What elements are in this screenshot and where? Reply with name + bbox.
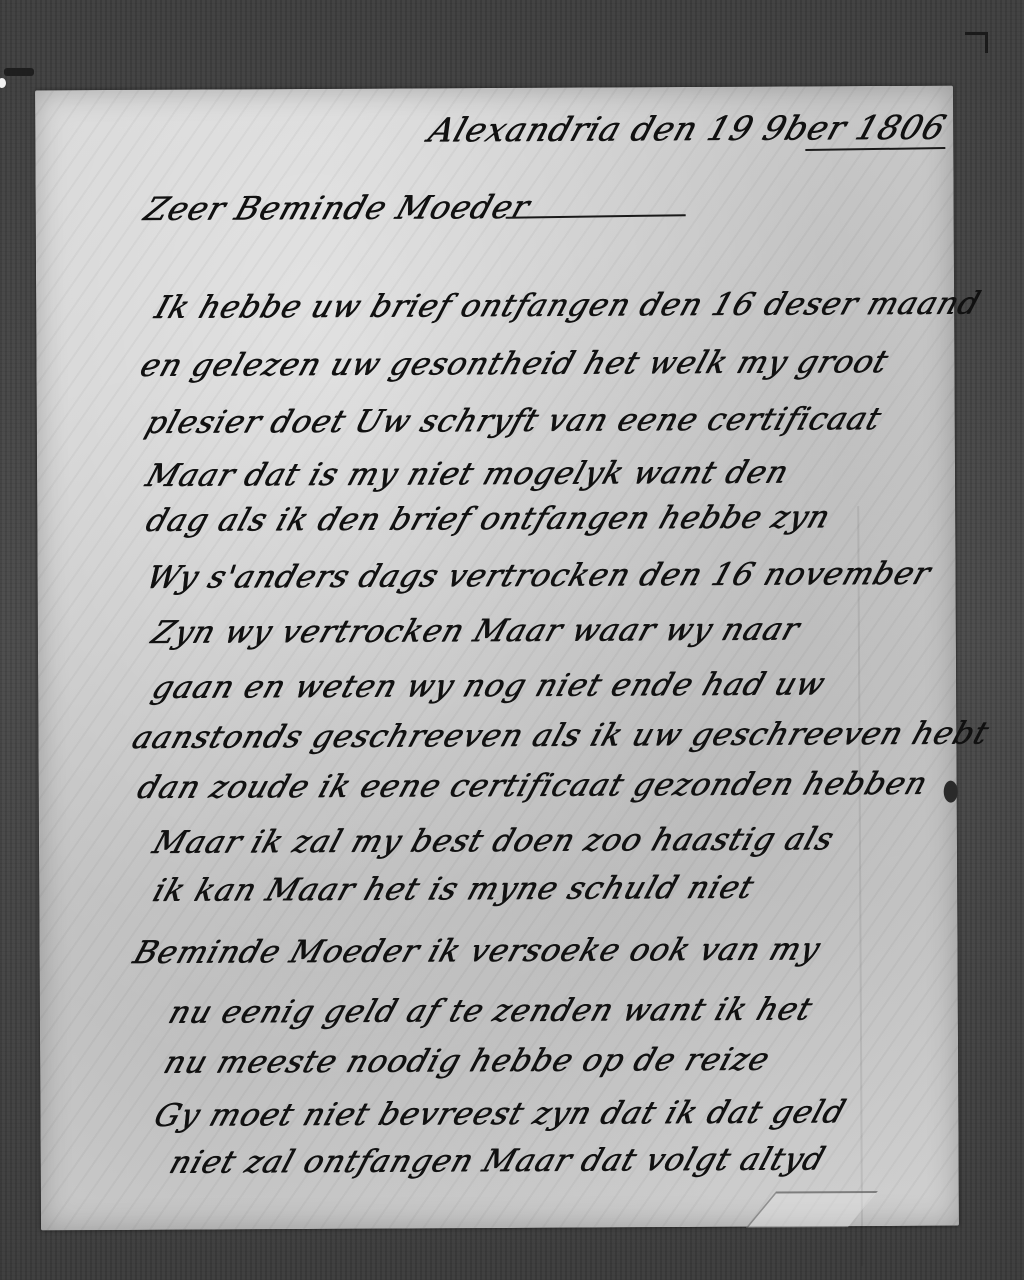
letter-paper: Alexandria den 19 9ber 1806 Zeer Beminde… [35,86,959,1231]
letter-line: ik kan Maar het is myne schuld niet [148,870,758,909]
letter-line: Ik hebbe uw brief ontfangen den 16 deser… [150,285,985,325]
letter-line: Beminde Moeder ik versoeke ook van my [129,931,825,971]
letter-line: gaan en weten wy nog niet ende had uw [147,666,830,706]
letter-dateline: Alexandria den 19 9ber 1806 [424,108,951,150]
dateline-underline [805,147,945,151]
paper-corner-fold [746,1191,878,1228]
letter-line: dan zoude ik eene certificaat gezonden h… [133,766,932,806]
paper-fold [857,506,863,1266]
film-dot [0,78,6,88]
letter-line: Wy s'anders dags vertrocken den 16 novem… [142,556,936,596]
letter-line: Zyn wy vertrocken Maar waar wy naar [147,611,804,650]
letter-line: nu eenig geld af te zenden want ik het [164,991,817,1030]
letter-line: Maar ik zal my best doen zoo haastig als [148,821,839,861]
ink-stain [944,781,958,803]
letter-line: niet zal ontfangen Maar dat volgt altyd [165,1141,830,1180]
film-mark [4,68,34,76]
letter-line: nu meeste noodig hebbe op de reize [159,1042,774,1081]
salutation-underline [506,214,686,219]
letter-line: dag als ik den brief ontfangen hebbe zyn [142,499,836,539]
film-corner-mark [965,32,988,53]
letter-line: aanstonds geschreeven als ik uw geschree… [128,715,994,756]
letter-line: plesier doet Uw schryft van eene certifi… [141,401,886,441]
letter-line: en gelezen uw gesontheid het welk my gro… [136,344,893,384]
scanned-page: Alexandria den 19 9ber 1806 Zeer Beminde… [0,0,1024,1280]
letter-line: Gy moet niet bevreest zyn dat ik dat gel… [150,1094,851,1134]
letter-line: Maar dat is my niet mogelyk want den [141,454,793,493]
letter-salutation: Zeer Beminde Moeder [140,188,536,228]
